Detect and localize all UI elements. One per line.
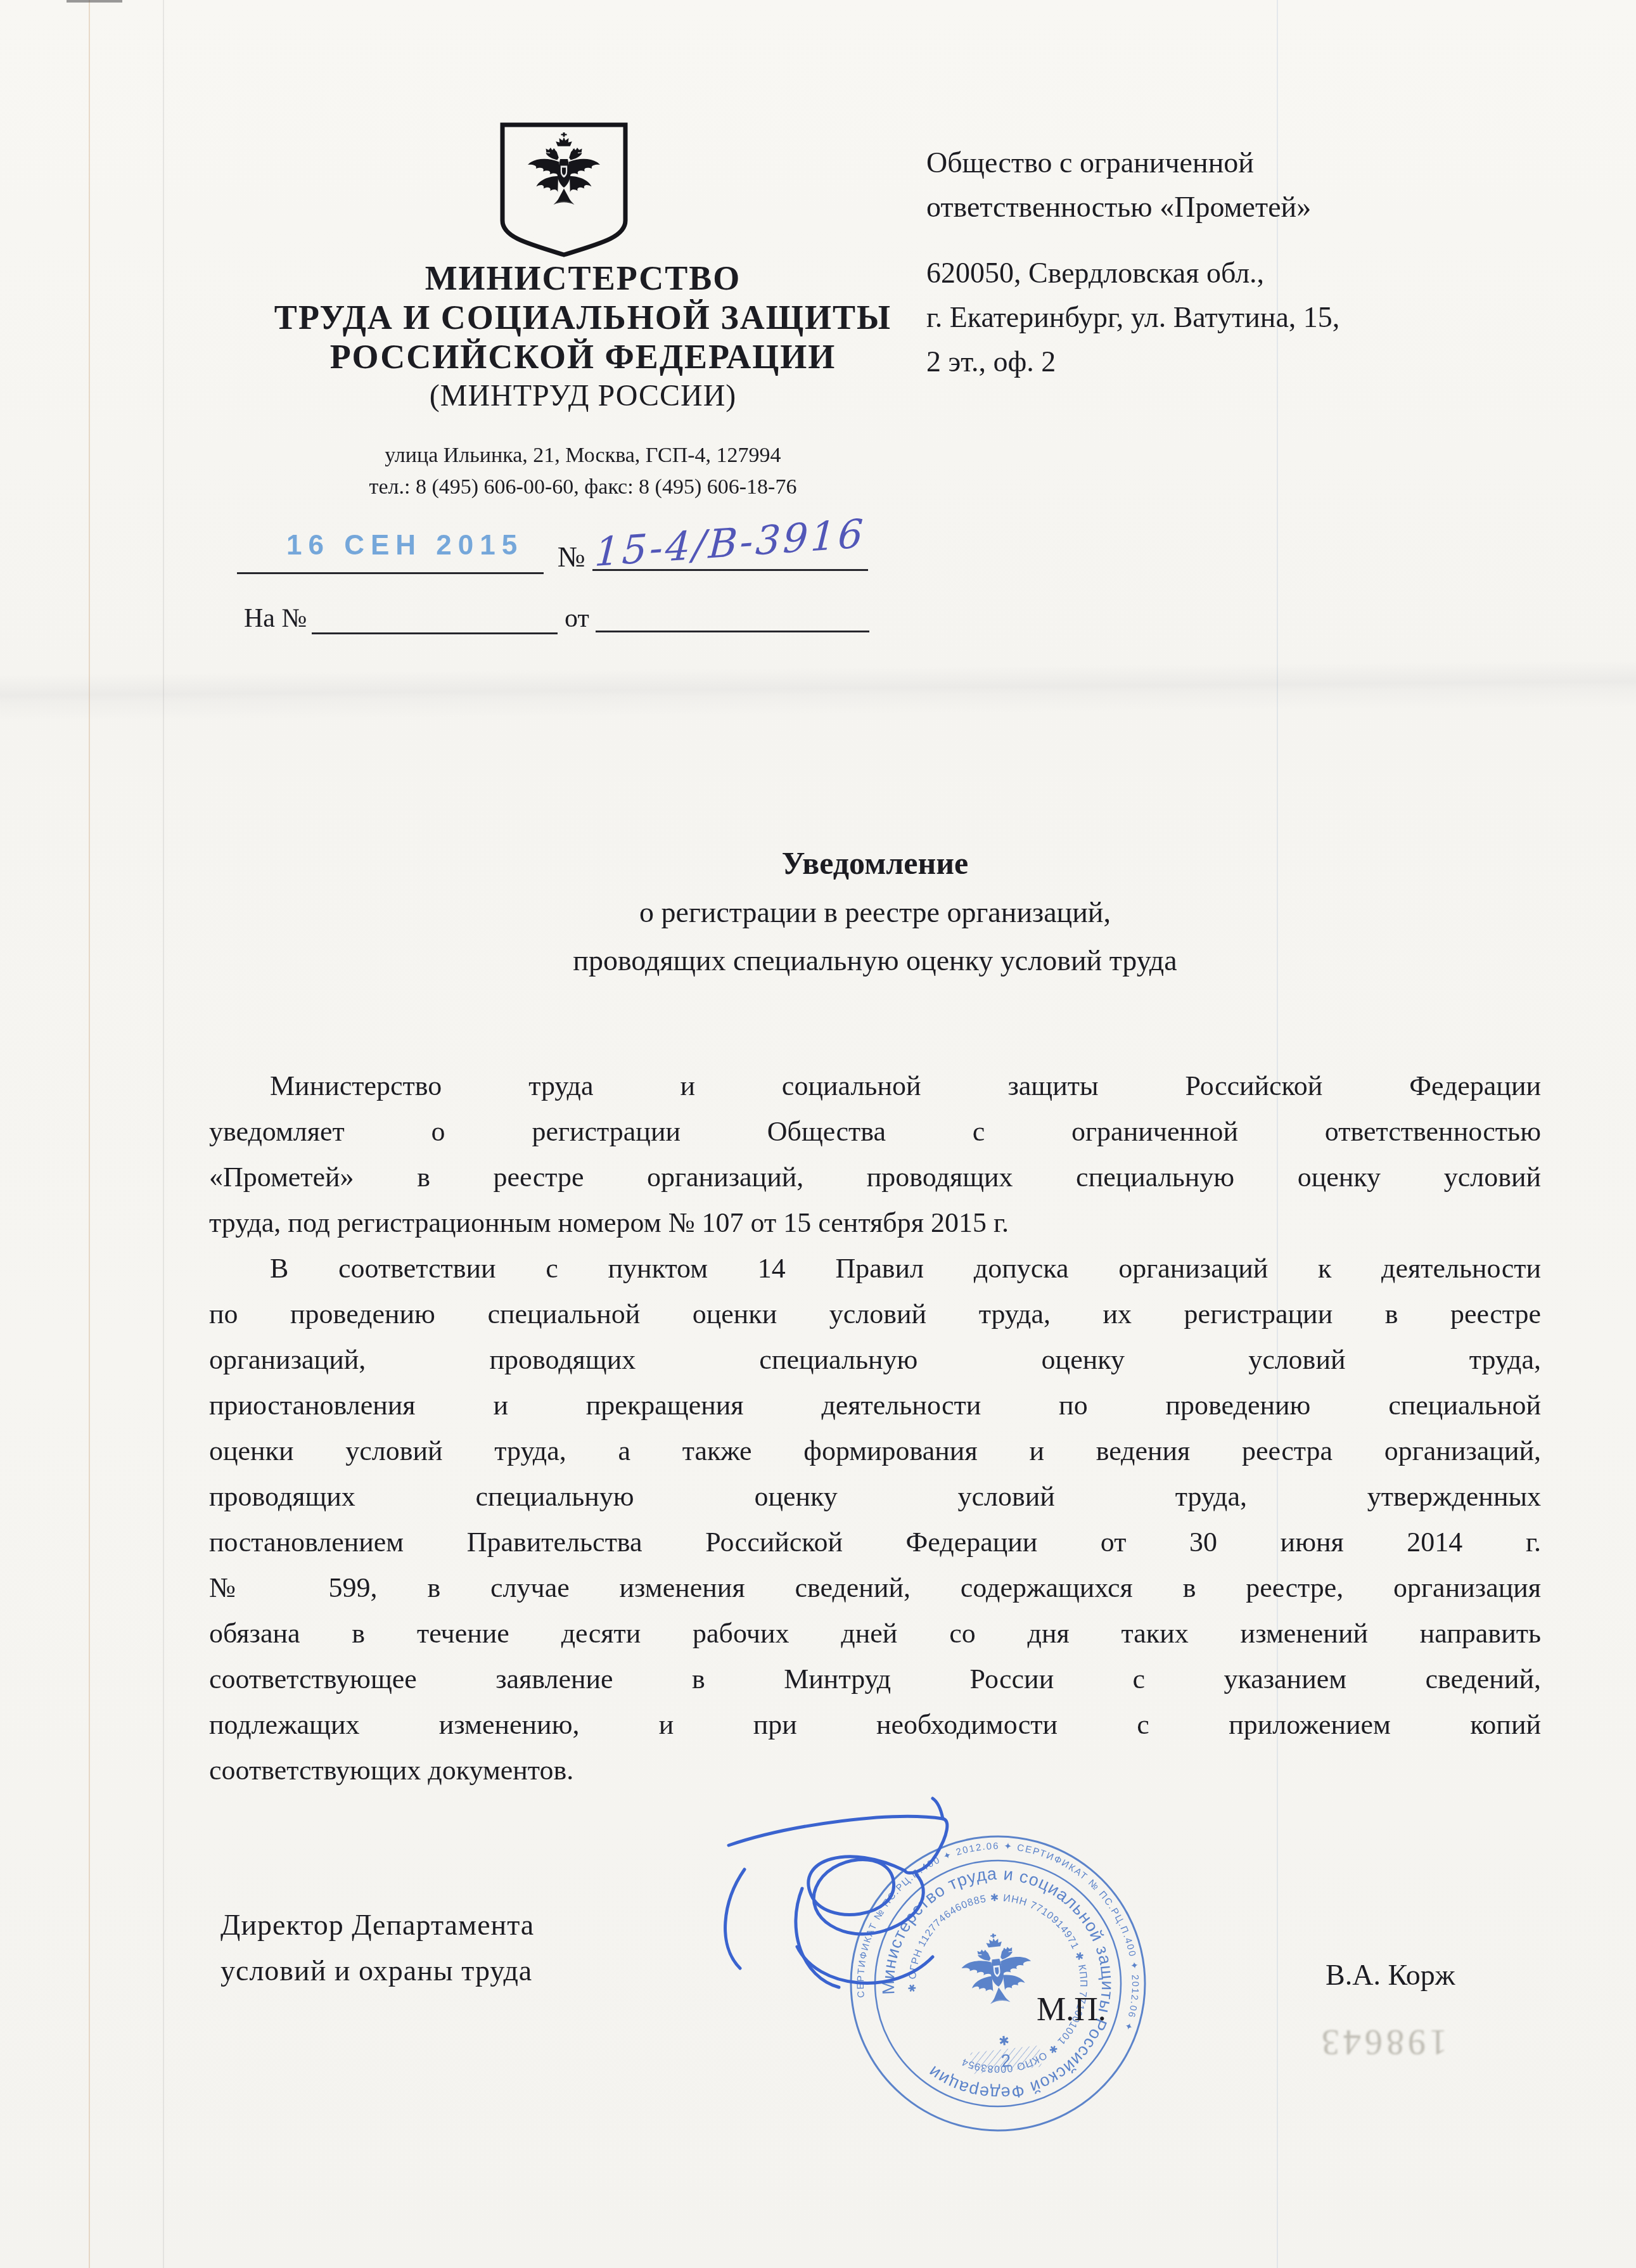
paper-crease — [0, 659, 1636, 722]
body-line: соответствующих документов. — [209, 1748, 1541, 1793]
body-line: постановлением Правительства Российской … — [209, 1520, 1541, 1565]
signature-ink — [684, 1793, 1077, 2066]
recipient-address-line: 620050, Свердловская обл., — [926, 251, 1535, 295]
document-subtitle: о регистрации в реестре организаций, — [209, 888, 1541, 937]
fold-line-left2 — [163, 0, 164, 2268]
body-line: проводящих специальную оценку условий тр… — [209, 1474, 1541, 1520]
recipient-org-line: Общество с ограниченной — [926, 141, 1535, 185]
sender-block: МИНИСТЕРСТВО ТРУДА И СОЦИАЛЬНОЙ ЗАЩИТЫ Р… — [266, 259, 900, 503]
handwritten-number: 15-4/В-3916 — [594, 510, 867, 575]
ministry-phone: тел.: 8 (495) 606-00-60, факс: 8 (495) 6… — [266, 471, 900, 503]
document-title: Уведомление — [209, 838, 1541, 888]
body-line: приостановления и прекращения деятельнос… — [209, 1383, 1541, 1428]
document-subtitle: проводящих специальную оценку условий тр… — [209, 937, 1541, 985]
body-line: организаций, проводящих специальную оцен… — [209, 1337, 1541, 1383]
body-line: оценки условий труда, а также формирован… — [209, 1428, 1541, 1474]
fold-line-left — [89, 0, 90, 2268]
recipient-address-line: г. Екатеринбург, ул. Ватутина, 15, — [926, 295, 1535, 340]
body-line: соответствующее заявление в Минтруд Росс… — [209, 1656, 1541, 1702]
body-line: по проведению специальной оценки условий… — [209, 1291, 1541, 1337]
signer-position-line: Директор Департамента — [220, 1902, 534, 1948]
ministry-short-name: (МИНТРУД РОССИИ) — [266, 376, 900, 416]
body-line: уведомляет о регистрации Общества с огра… — [209, 1109, 1541, 1155]
ref-underline — [312, 632, 558, 634]
scanned-letter-page: МИНИСТЕРСТВО ТРУДА И СОЦИАЛЬНОЙ ЗАЩИТЫ Р… — [0, 0, 1636, 2268]
document-title-block: Уведомление о регистрации в реестре орга… — [209, 838, 1541, 985]
body-line: «Прометей» в реестре организаций, провод… — [209, 1155, 1541, 1200]
number-underline — [592, 569, 868, 571]
signer-position: Директор Департамента условий и охраны т… — [220, 1902, 534, 1994]
seal-place-mark: М.П. — [1037, 1991, 1106, 2028]
ministry-address: улица Ильинка, 21, Москва, ГСП-4, 127994 — [266, 440, 900, 471]
recipient-address-line: 2 эт., оф. 2 — [926, 340, 1535, 384]
ministry-name-line: МИНИСТЕРСТВО — [266, 259, 900, 298]
signer-name: В.А. Корж — [1326, 1958, 1455, 1992]
ref-from-underline — [596, 631, 869, 632]
number-sign-label: № — [558, 540, 585, 573]
body-line: Министерство труда и социальной защиты Р… — [209, 1063, 1541, 1109]
ministry-name-line: ТРУДА И СОЦИАЛЬНОЙ ЗАЩИТЫ — [266, 298, 900, 337]
date-underline — [237, 572, 544, 574]
body-line: подлежащих изменению, и при необходимост… — [209, 1702, 1541, 1748]
ministry-name-line: РОССИЙСКОЙ ФЕДЕРАЦИИ — [266, 337, 900, 376]
body-line: труда, под регистрационным номером № 107… — [209, 1200, 1541, 1246]
body-line: В соответствии с пунктом 14 Правил допус… — [209, 1246, 1541, 1291]
signer-position-line: условий и охраны труда — [220, 1948, 534, 1994]
scan-edge-artifact — [67, 0, 122, 3]
ref-from-label: от — [565, 603, 589, 634]
bleedthrough-number: 198643 — [1318, 2021, 1447, 2062]
coat-of-arms-icon — [498, 120, 630, 261]
recipient-org-line: ответственностью «Прометей» — [926, 185, 1535, 229]
body-line: № 599, в случае изменения сведений, соде… — [209, 1565, 1541, 1611]
ref-number-label: На № — [244, 603, 307, 634]
date-stamp: 16 СЕН 2015 — [286, 530, 523, 561]
recipient-block: Общество с ограниченной ответственностью… — [926, 141, 1535, 384]
letter-body: Министерство труда и социальной защиты Р… — [209, 1063, 1541, 1793]
body-line: обязана в течение десяти рабочих дней со… — [209, 1611, 1541, 1656]
